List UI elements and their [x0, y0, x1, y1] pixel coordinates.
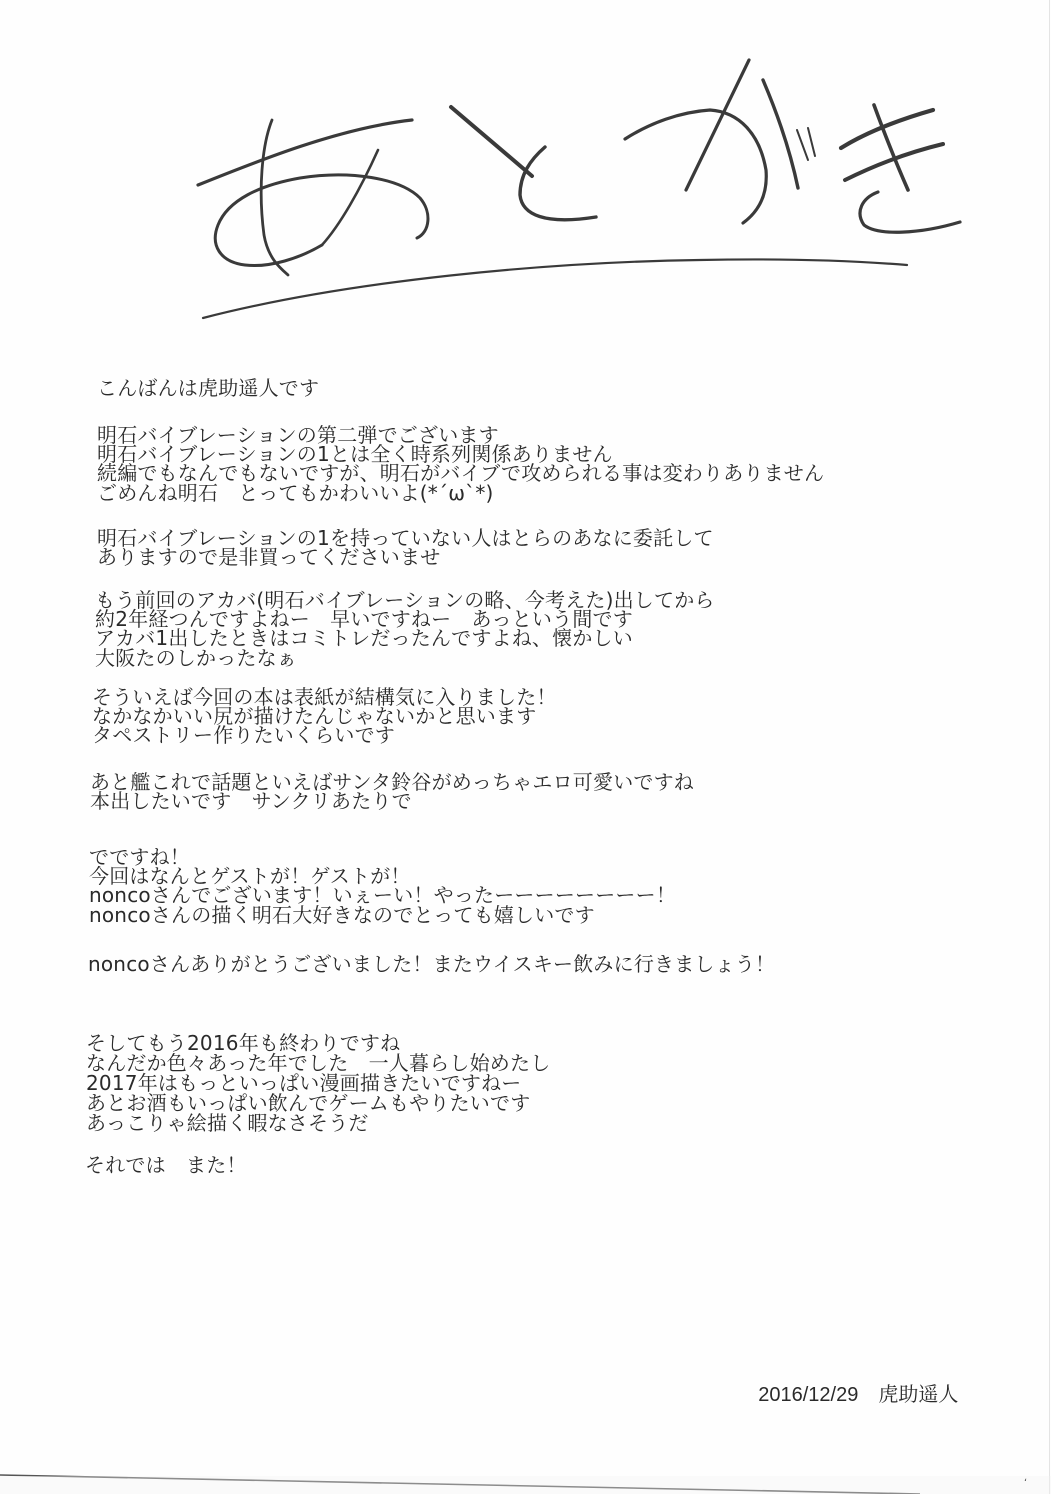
- paragraph-about-book: 明石バイブレーションの第二弾でございます 明石バイブレーションの1とは全く時系列…: [97, 426, 824, 503]
- text-line: タペストリー作りたいくらいです: [92, 726, 557, 745]
- text-line: noncoさんの描く明石大好きなのでとっても嬉しいです: [89, 906, 676, 925]
- text-line: ごめんね明石 とってもかわいいよ(*´ω`*): [97, 484, 824, 503]
- paragraph-year-end: そしてもう2016年も終わりですね なんだか色々あった年でした 一人暮らし始めた…: [86, 1033, 550, 1133]
- signature-author: 虎助遥人: [878, 1384, 958, 1406]
- text-line: なんだか色々あった年でした 一人暮らし始めたし: [86, 1053, 550, 1073]
- text-line: ありますので是非買ってくださいませ: [97, 548, 714, 567]
- greeting: こんばんは虎助遥人です: [97, 379, 319, 398]
- text-line: あっこりゃ絵描く暇なさそうだ: [86, 1113, 550, 1133]
- text-line: そしてもう2016年も終わりですね: [86, 1033, 550, 1053]
- text-line: あとお酒もいっぱい飲んでゲームもやりたいです: [86, 1093, 550, 1113]
- text-line: それでは また！: [85, 1156, 247, 1175]
- text-line: 2017年はもっといっぱい漫画描きたいですねー: [86, 1073, 550, 1093]
- text-line: こんばんは虎助遥人です: [97, 379, 319, 398]
- text-line: noncoさんありがとうございました！またウイスキー飲みに行きましょう！: [88, 955, 775, 974]
- text-line: 大阪たのしかったなぁ: [95, 649, 715, 668]
- paragraph-previous-release: もう前回のアカバ(明石バイブレーションの略、今考えた)出してから 約2年経つんで…: [95, 591, 715, 668]
- paragraph-cover: そういえば今回の本は表紙が結構気に入りました！ なかなかいい尻が描けたんじゃない…: [92, 688, 557, 746]
- paragraph-kancolle: あと艦これで話題といえばサンタ鈴谷がめっちゃエロ可愛いですね 本出したいです サ…: [90, 773, 694, 811]
- title-handwritten-atogaki: あとがき: [0, 0, 1051, 360]
- paragraph-guest: でですね！ 今回はなんとゲストが！ゲストが！ noncoさんでございます！いぇー…: [89, 848, 676, 925]
- closing: それでは また！: [85, 1156, 247, 1175]
- paragraph-thanks: noncoさんありがとうございました！またウイスキー飲みに行きましょう！: [88, 955, 775, 974]
- signature-date: 2016/12/29: [758, 1384, 858, 1406]
- paragraph-consignment: 明石バイブレーションの1を持っていない人はとらのあなに委託して ありますので是非…: [97, 529, 714, 567]
- page-corner-mark: ʻ: [1024, 1478, 1027, 1489]
- signature-date-author: 2016/12/29 虎助遥人: [736, 1355, 958, 1430]
- afterword-page: あとがき こんばんは虎助遥人です 明石バイブレーションの第二弾でございます 明石…: [0, 0, 1051, 1494]
- text-line: 本出したいです サンクリあたりで: [90, 792, 694, 811]
